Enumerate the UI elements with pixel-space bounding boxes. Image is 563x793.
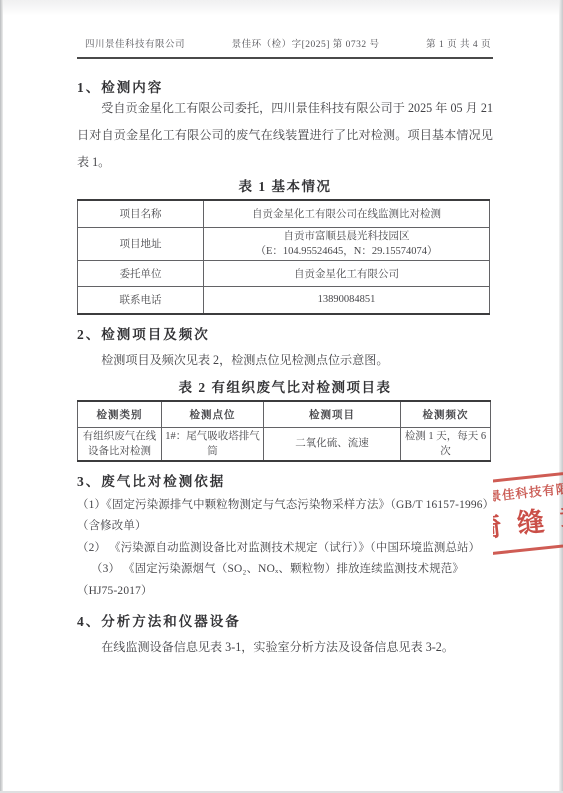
section-4-heading: 4、分析方法和仪器设备: [77, 615, 493, 629]
table-row: 项目名称 自贡金星化工有限公司在线监测比对检测: [78, 200, 490, 227]
table-cell-label: 委托单位: [78, 260, 204, 286]
table-row: 项目地址 自贡市富顺县晨光科技园区 （E：104.95524645，N：29.1…: [78, 227, 490, 260]
section-4-paragraph: 在线监测设备信息见表 3-1，实验室分析方法及设备信息见表 3-2。: [77, 634, 493, 661]
table-cell-label: 联系电话: [78, 286, 204, 314]
section-1-heading: 1、检测内容: [77, 81, 493, 95]
stamp-company-text: 川景佳科技有限公: [493, 475, 563, 507]
header-doc-number: 景佳环（检）字[2025] 第 0732 号: [232, 36, 380, 50]
reference-list: （1）《固定污染源排气中颗粒物测定与气态污染物采样方法》（GB/T 16157-…: [77, 495, 493, 603]
reference-line: （3） 《固定污染源烟气（SO₂、NOₓ、颗粒物）排放连续监测技术规范》: [77, 559, 493, 581]
test-point-cell: 1#：尾气吸收塔排气筒: [162, 427, 264, 461]
table-1-caption: 表 1 基本情况: [77, 178, 493, 195]
table-cell-value: 自贡金星化工有限公司在线监测比对检测: [204, 200, 490, 227]
stamp-seal-text: 骑缝章: [493, 496, 563, 546]
scanned-report-page: 四川景佳科技有限公司 景佳环（检）字[2025] 第 0732 号 第 1 页 …: [0, 0, 563, 793]
table-cell-label: 项目名称: [78, 200, 204, 227]
section-2-heading: 2、检测项目及频次: [77, 328, 493, 342]
column-header: 检测类别: [78, 401, 162, 427]
table-cell-value: 自贡市富顺县晨光科技园区 （E：104.95524645，N：29.155740…: [204, 227, 490, 260]
table-cell-value: 13890084851: [204, 286, 490, 314]
scan-edge-left: [0, 0, 3, 793]
column-header: 检测点位: [162, 401, 264, 427]
table-cell-value: 自贡金星化工有限公司: [204, 260, 490, 286]
header-page-number: 第 1 页 共 4 页: [426, 36, 491, 50]
table-cell-label: 项目地址: [78, 227, 204, 260]
section-2-paragraph: 检测项目及频次见表 2，检测点位见检测点位示意图。: [77, 347, 493, 374]
test-items-table: 检测类别 检测点位 检测项目 检测频次 有组织废气在线设备比对检测 1#：尾气吸…: [77, 400, 491, 462]
reference-line: （2） 《污染源自动监测设备比对监测技术规定（试行）》（中国环境监测总站）: [77, 538, 493, 560]
paging-seal-stamp: 川景佳科技有限公 骑缝章: [493, 458, 563, 590]
test-items-cell: 二氧化硫、流速: [264, 427, 401, 461]
page-content: 四川景佳科技有限公司 景佳环（检）字[2025] 第 0732 号 第 1 页 …: [77, 0, 493, 661]
column-header: 检测频次: [401, 401, 491, 427]
section-1-paragraph: 受自贡金星化工有限公司委托，四川景佳科技有限公司于 2025 年 05 月 21…: [77, 95, 493, 176]
test-frequency-cell: 检测 1 天，每天 6 次: [401, 427, 491, 461]
reference-line: （1）《固定污染源排气中颗粒物测定与气态污染物采样方法》（GB/T 16157-…: [77, 495, 493, 517]
reference-line: （含修改单）: [77, 516, 493, 538]
coordinates-line: （E：104.95524645，N：29.15574074）: [206, 244, 487, 259]
paging-seal-border: 川景佳科技有限公 骑缝章: [493, 466, 563, 556]
table-2-caption: 表 2 有组织废气比对检测项目表: [77, 379, 493, 396]
table-row: 委托单位 自贡金星化工有限公司: [78, 260, 490, 286]
column-header: 检测项目: [264, 401, 401, 427]
report-header: 四川景佳科技有限公司 景佳环（检）字[2025] 第 0732 号 第 1 页 …: [77, 36, 493, 59]
section-3-heading: 3、废气比对检测依据: [77, 475, 493, 489]
table-header-row: 检测类别 检测点位 检测项目 检测频次: [78, 401, 491, 427]
header-company-name: 四川景佳科技有限公司: [85, 36, 185, 50]
address-line: 自贡市富顺县晨光科技园区: [206, 229, 487, 244]
basic-info-table: 项目名称 自贡金星化工有限公司在线监测比对检测 项目地址 自贡市富顺县晨光科技园…: [77, 199, 490, 315]
scan-edge-right: [559, 0, 563, 793]
reference-line: （HJ75-2017）: [77, 581, 493, 603]
table-row: 有组织废气在线设备比对检测 1#：尾气吸收塔排气筒 二氧化硫、流速 检测 1 天…: [78, 427, 491, 461]
table-row: 联系电话 13890084851: [78, 286, 490, 314]
test-category-cell: 有组织废气在线设备比对检测: [78, 427, 162, 461]
